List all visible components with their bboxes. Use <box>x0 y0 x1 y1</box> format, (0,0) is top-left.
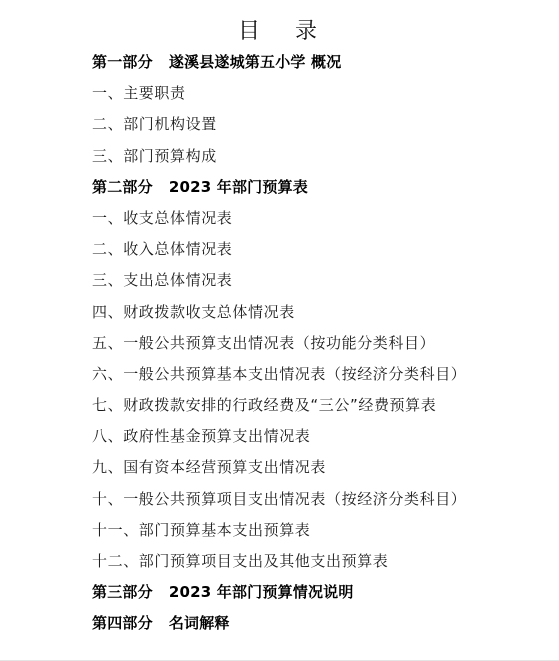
toc-item[interactable]: 二、部门机构设置 <box>92 110 466 141</box>
toc-item[interactable]: 七、财政拨款安排的行政经费及“三公”经费预算表 <box>92 391 466 422</box>
toc-item[interactable]: 九、国有资本经营预算支出情况表 <box>92 453 466 484</box>
page-title: 目 录 <box>0 14 559 45</box>
toc-item[interactable]: 五、一般公共预算支出情况表（按功能分类科目） <box>92 329 466 360</box>
toc-item[interactable]: 六、一般公共预算基本支出情况表（按经济分类科目） <box>92 360 466 391</box>
document-page: 目 录 第一部分遂溪县遂城第五小学 概况 一、主要职责 二、部门机构设置 三、部… <box>0 0 559 660</box>
toc-part-1[interactable]: 第一部分遂溪县遂城第五小学 概况 <box>92 48 466 79</box>
toc-item[interactable]: 二、收入总体情况表 <box>92 235 466 266</box>
toc-item[interactable]: 四、财政拨款收支总体情况表 <box>92 298 466 329</box>
toc-item[interactable]: 一、主要职责 <box>92 79 466 110</box>
toc-item[interactable]: 八、政府性基金预算支出情况表 <box>92 422 466 453</box>
toc-part-prefix: 第二部分 <box>92 178 153 196</box>
toc-part-title: 名词解释 <box>169 614 230 632</box>
toc-part-2[interactable]: 第二部分2023 年部门预算表 <box>92 173 466 204</box>
toc-part-title: 2023 年部门预算表 <box>169 178 308 196</box>
toc-item[interactable]: 三、支出总体情况表 <box>92 266 466 297</box>
toc-item[interactable]: 十一、部门预算基本支出预算表 <box>92 516 466 547</box>
toc-item[interactable]: 一、收支总体情况表 <box>92 204 466 235</box>
toc-part-prefix: 第四部分 <box>92 614 153 632</box>
toc-item[interactable]: 三、部门预算构成 <box>92 142 466 173</box>
toc-part-title: 遂溪县遂城第五小学 概况 <box>169 53 342 71</box>
toc-item[interactable]: 十二、部门预算项目支出及其他支出预算表 <box>92 547 466 578</box>
table-of-contents: 第一部分遂溪县遂城第五小学 概况 一、主要职责 二、部门机构设置 三、部门预算构… <box>92 48 466 641</box>
toc-item[interactable]: 十、一般公共预算项目支出情况表（按经济分类科目） <box>92 485 466 516</box>
toc-part-prefix: 第一部分 <box>92 53 153 71</box>
toc-part-title: 2023 年部门预算情况说明 <box>169 583 354 601</box>
toc-part-4[interactable]: 第四部分名词解释 <box>92 609 466 640</box>
toc-part-prefix: 第三部分 <box>92 583 153 601</box>
toc-part-3[interactable]: 第三部分2023 年部门预算情况说明 <box>92 578 466 609</box>
